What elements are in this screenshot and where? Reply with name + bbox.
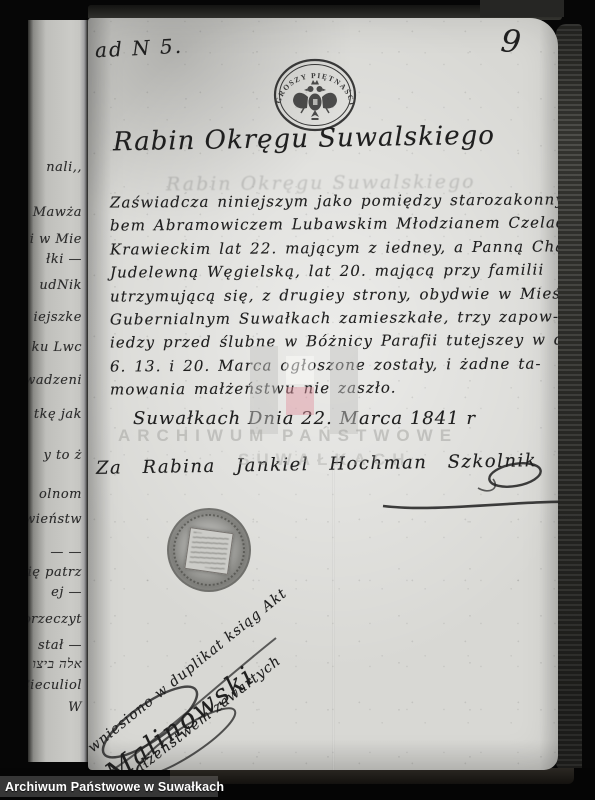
page-fragment: i w Mie (30, 232, 82, 247)
body-line: Judelewną Węgielską, lat 20. mającą przy… (110, 259, 556, 286)
body-line: bem Abramowiczem Lubawskim Młodzianem Cz… (110, 212, 556, 239)
seal-illegible-text (189, 532, 229, 571)
page-fragment: udNik (39, 278, 82, 293)
page-fragment: wadzeni (28, 373, 82, 388)
archive-caption-text: Archiwum Państwowe w Suwałkach (0, 780, 224, 794)
reference-number: ad N 5. (94, 34, 183, 63)
book-bottom-edge (170, 768, 574, 784)
book-fore-edge (556, 24, 582, 772)
page-fragment: ku Lwc (32, 340, 82, 355)
page-fragment: — — (50, 545, 82, 560)
document-heading: Rabin Okręgu Suwalskiego (113, 121, 495, 158)
watermark-bar-left (250, 346, 278, 434)
ink-seal (167, 508, 251, 592)
page-number: 9 (499, 23, 522, 61)
double-eagle-icon (293, 80, 337, 120)
document-page: ad N 5. 9 GROSZY PIĘTNAŚCIE (88, 18, 558, 770)
watermark-white-square (286, 356, 314, 384)
page-fragment: W (68, 700, 82, 715)
page-fragment: y to ż (43, 448, 82, 463)
watermark-text-line2: SUWAŁKACH (238, 450, 412, 470)
page-fragment: wieństw (28, 512, 82, 527)
archival-photo: nali,, Mawża i w Mie łki — udNik iejszke… (0, 0, 595, 800)
flourish-loops (88, 626, 283, 770)
archive-logo-watermark (250, 346, 360, 436)
page-fragment: nali,, (46, 160, 82, 175)
page-fragment: tkę jak (34, 407, 82, 422)
watermark-bar-right (330, 346, 358, 434)
page-fragment: olnom (39, 487, 82, 502)
page-fragment: rię patrz (28, 565, 82, 580)
page-fragment: אלה ביצו (33, 656, 82, 672)
watermark-red-square (286, 387, 314, 415)
page-fragment: stał — (38, 638, 82, 653)
page-fragment: iejszke (34, 310, 82, 325)
body-line: Krawieckim lat 22. mającym z iedney, a P… (110, 235, 556, 262)
book-binding-corner (480, 0, 564, 17)
watermark-text-line1: ARCHIWUM PAŃSTWOWE (118, 426, 528, 446)
page-fragment: Mawża (33, 205, 82, 220)
page-fragment: ej — (51, 585, 82, 600)
page-fragment: łki — (46, 252, 82, 267)
page-fragment: Cieculiol (28, 678, 82, 693)
archive-caption-bar: Archiwum Państwowe w Suwałkach (0, 776, 218, 797)
previous-page-strip: nali,, Mawża i w Mie łki — udNik iejszke… (28, 20, 88, 762)
body-line: utrzymującą się, z drugiey strony, obydw… (110, 282, 556, 309)
seal-center-plate (184, 527, 233, 575)
page-fragment: przeczyt (28, 612, 82, 627)
